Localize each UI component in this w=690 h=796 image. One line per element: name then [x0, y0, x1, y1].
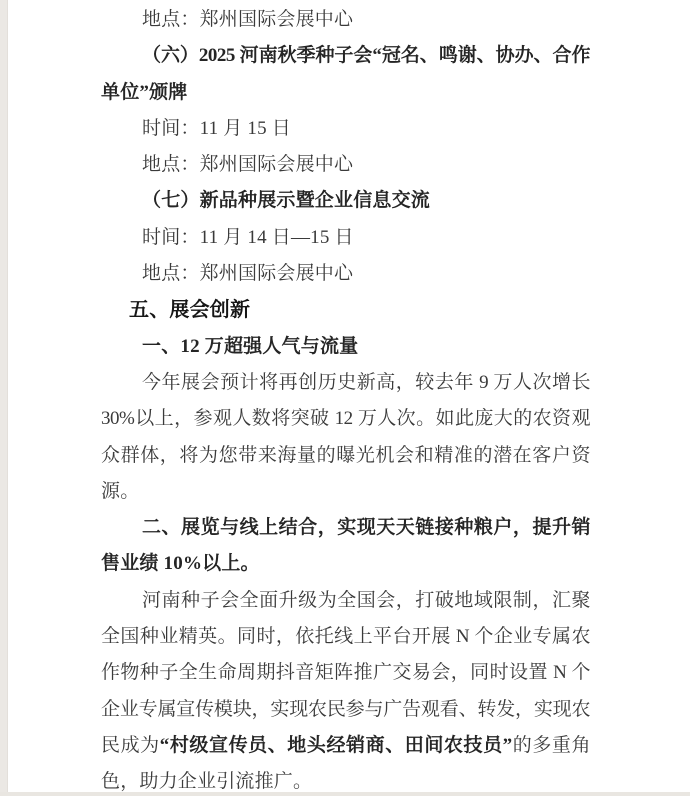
paragraph-line: 企业专属宣传模块，实现农民参与广告观看、转发，实现农: [101, 692, 590, 728]
time-line: 时间：11 月 14 日—15 日: [101, 220, 590, 256]
chapter-5-heading: 五、展会创新: [101, 292, 590, 328]
paragraph-line: 30%以上，参观人数将突破 12 万人次。如此庞大的农资观: [101, 401, 590, 437]
paragraph-text: 民成为: [101, 735, 160, 756]
venue-line: 地点：郑州国际会展中心: [101, 2, 590, 38]
paragraph-line: 全国种业精英。同时，依托线上平台开展 N 个企业专属农: [101, 619, 590, 655]
paragraph-line-with-emphasis: 民成为“村级宣传员、地头经销商、田间农技员”的多重角: [101, 728, 590, 764]
venue-line: 地点：郑州国际会展中心: [101, 256, 590, 292]
subsection-2-heading-line-1: 二、展览与线上结合，实现天天链接种粮户，提升销: [101, 510, 590, 546]
subsection-1-heading: 一、12 万超强人气与流量: [101, 329, 590, 365]
subsection-2-heading-line-2: 售业绩 10%以上。: [101, 546, 590, 582]
paragraph-line: 色，助力企业引流推广。: [101, 764, 590, 796]
paragraph-line: 河南种子会全面升级为全国会，打破地域限制，汇聚: [101, 583, 590, 619]
section-6-title-line-2: 单位”颁牌: [101, 75, 590, 111]
paragraph-line: 源。: [101, 474, 590, 510]
time-line: 时间：11 月 15 日: [101, 111, 590, 147]
document-page: 地点：郑州国际会展中心 （六）2025 河南秋季种子会“冠名、鸣谢、协办、合作 …: [0, 0, 690, 796]
emphasized-roles-text: “村级宣传员、地头经销商、田间农技员”: [160, 735, 512, 756]
section-6-title-line-1: （六）2025 河南秋季种子会“冠名、鸣谢、协办、合作: [101, 38, 590, 74]
section-7-title: （七）新品种展示暨企业信息交流: [101, 183, 590, 219]
venue-line: 地点：郑州国际会展中心: [101, 147, 590, 183]
paragraph-line: 今年展会预计将再创历史新高，较去年 9 万人次增长: [101, 365, 590, 401]
paragraph-text: 的多重角: [512, 735, 590, 756]
paragraph-line: 众群体，将为您带来海量的曝光机会和精准的潜在客户资: [101, 438, 590, 474]
paragraph-line: 作物种子全生命周期抖音矩阵推广交易会，同时设置 N 个: [101, 655, 590, 691]
